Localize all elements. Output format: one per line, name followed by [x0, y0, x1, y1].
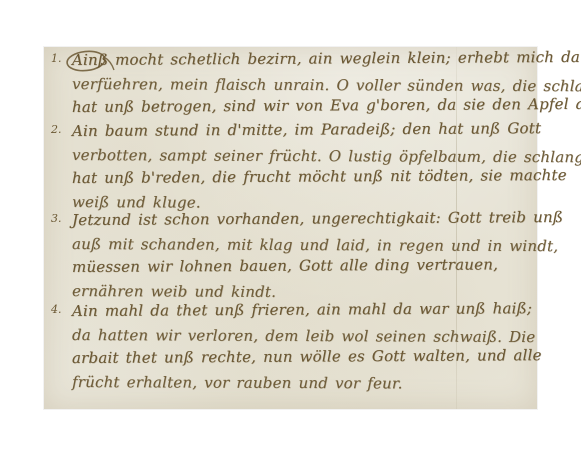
stanza-number: 1. [51, 52, 62, 65]
stanza-lines: Ainß mocht schetlich bezirn, ain weglein… [72, 49, 533, 120]
manuscript-paper: 1. Ainß mocht schetlich bezirn, ain wegl… [44, 47, 537, 409]
stanza-number: 2. [51, 123, 62, 136]
handwritten-line: Ain baum stund in d'mitte, im Paradeiß; … [72, 117, 533, 143]
stanza-lines: Ain baum stund in d'mitte, im Paradeiß; … [72, 120, 533, 214]
handwritten-line: müessen wir lohnen bauen, Gott alle ding… [72, 253, 533, 279]
handwritten-line: hat unß betrogen, sind wir von Eva g'bor… [72, 93, 533, 119]
stanza-number: 3. [51, 212, 62, 225]
stanza-lines: Jetzund ist schon vorhanden, ungerechtig… [72, 209, 533, 303]
handwritten-line: arbait thet unß rechte, nun wölle es Got… [72, 344, 533, 370]
handwritten-line: frücht erhalten, vor rauben und vor feur… [72, 371, 533, 397]
stanza-lines: Ain mahl da thet unß frieren, ain mahl d… [72, 300, 533, 394]
handwritten-line: Ainß mocht schetlich bezirn, ain weglein… [72, 46, 533, 72]
handwritten-line: Jetzund ist schon vorhanden, ungerechtig… [72, 206, 533, 232]
handwritten-line: hat unß b'reden, die frucht möcht unß ni… [72, 164, 533, 190]
handwritten-line: Ain mahl da thet unß frieren, ain mahl d… [72, 297, 533, 323]
stanza-number: 4. [51, 303, 62, 316]
